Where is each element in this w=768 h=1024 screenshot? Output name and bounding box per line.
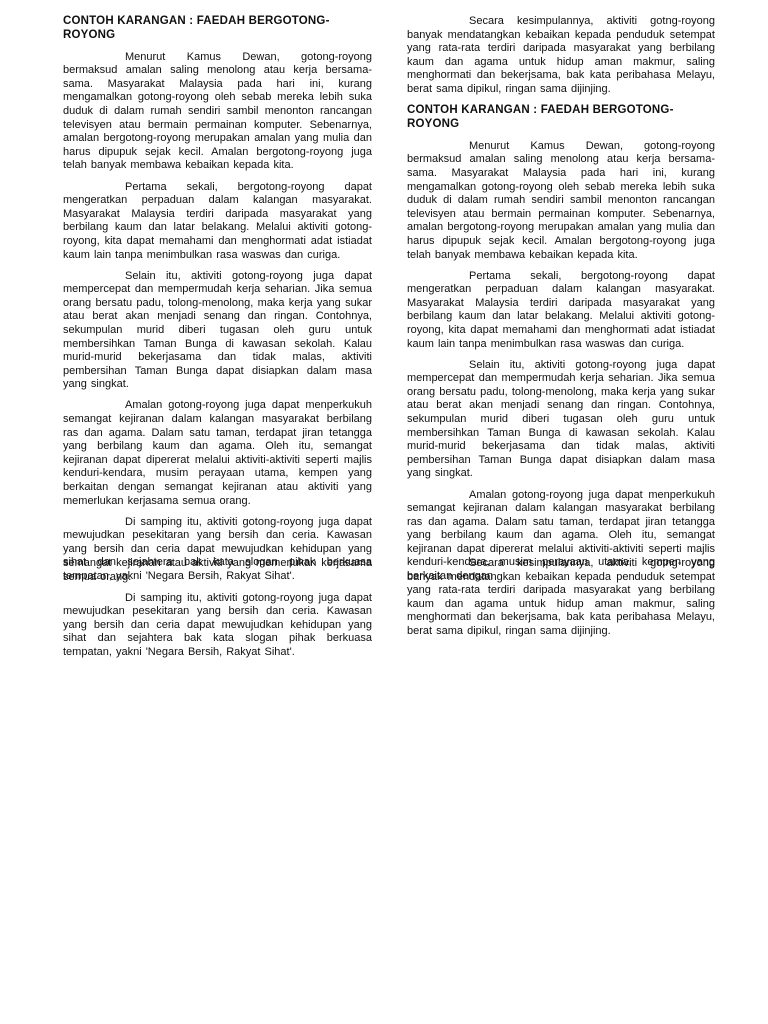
essay-paragraph-first-point: Pertama sekali, bergotong-royong dapat m… xyxy=(63,181,372,263)
essay-paragraph-intro: Menurut Kamus Dewan, gotong-royong berma… xyxy=(63,51,372,173)
essay-column-left: CONTOH KARANGAN : FAEDAH BERGOTONG-ROYON… xyxy=(63,15,372,591)
essay-paragraph-conclusion: Secara kesimpulannya, aktiviti gotng-roy… xyxy=(407,15,715,97)
essay-column-right: Secara kesimpulannya, aktiviti gotng-roy… xyxy=(407,15,715,591)
essay-paragraph-intro: Menurut Kamus Dewan, gotong-royong berma… xyxy=(407,140,715,262)
essay-column-right-bottom: Secara kesimpulannya, aktiviti gotng-roy… xyxy=(407,557,715,646)
essay-paragraph-fourth-point: Di samping itu, aktiviti gotong-royong j… xyxy=(63,592,372,660)
essay-title-repeat: CONTOH KARANGAN : FAEDAH BERGOTONG-ROYON… xyxy=(407,104,715,131)
essay-column-left-bottom: semangat kejiranan atau aktiviti yang me… xyxy=(63,557,372,667)
essay-paragraph-second-point: Selain itu, aktiviti gotong-royong juga … xyxy=(407,359,715,481)
essay-paragraph-continuation: semangat kejiranan atau aktiviti yang me… xyxy=(63,557,372,584)
essay-paragraph-conclusion: Secara kesimpulannya, aktiviti gotng-roy… xyxy=(407,557,715,639)
essay-paragraph-first-point: Pertama sekali, bergotong-royong dapat m… xyxy=(407,270,715,352)
essay-paragraph-second-point: Selain itu, aktiviti gotong-royong juga … xyxy=(63,270,372,392)
essay-paragraph-third-point: Amalan gotong-royong juga dapat menperku… xyxy=(63,399,372,508)
document-page: CONTOH KARANGAN : FAEDAH BERGOTONG-ROYON… xyxy=(0,0,768,1024)
essay-title: CONTOH KARANGAN : FAEDAH BERGOTONG-ROYON… xyxy=(63,15,372,42)
